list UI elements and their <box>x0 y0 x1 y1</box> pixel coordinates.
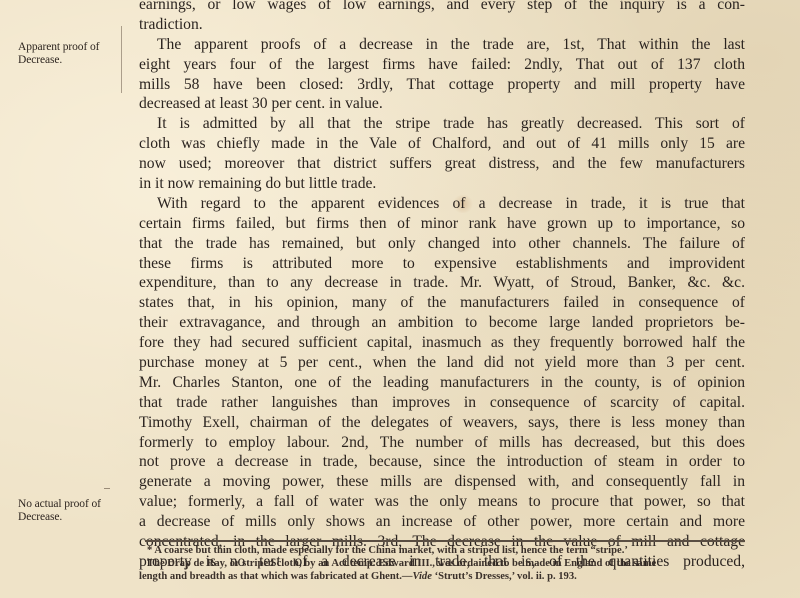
body-line: formerly to employ labour. 2nd, The numb… <box>139 433 745 453</box>
footnote-line: length and breadth as that which was fab… <box>139 570 745 583</box>
body-line: certain firms failed, but firms then of … <box>139 214 745 234</box>
body-line: mills 58 have been closed: 3rdly, That c… <box>139 75 745 95</box>
margin-note-line: Apparent proof of <box>18 41 130 54</box>
body-line: expenditure, than to any decrease in tra… <box>139 273 745 293</box>
body-line: generate a moving power, these mills are… <box>139 472 745 492</box>
body-line: in it now remaining do but little trade. <box>139 174 745 194</box>
margin-note-line: Decrease. <box>18 54 130 67</box>
body-line: now used; moreover that district suffers… <box>139 154 745 174</box>
document-page: Apparent proof of Decrease. No actual pr… <box>0 0 800 598</box>
footnote-rule <box>145 540 745 542</box>
margin-note-no-actual-proof: No actual proof of Decrease. <box>18 498 130 524</box>
body-line: a decrease of mills only shows an increa… <box>139 512 745 532</box>
margin-note-line: Decrease. <box>18 511 130 524</box>
body-line: With regard to the apparent evidences of… <box>139 194 745 214</box>
body-line: Mr. Charles Stanton, one of the leading … <box>139 373 745 393</box>
body-line: that the trade has remained, but only ch… <box>139 234 745 254</box>
footnote-line: The Drap de Ray, or striped cloth, by an… <box>139 557 745 570</box>
body-line: states that, in his opinion, many of the… <box>139 293 745 313</box>
margin-mark <box>104 488 110 489</box>
margin-note-apparent-proof: Apparent proof of Decrease. <box>18 41 130 67</box>
body-line: decreased at least 30 per cent. in value… <box>139 94 745 114</box>
footnote-text: length and breadth as that which was fab… <box>139 571 413 582</box>
body-line: that trade rather languishes than improv… <box>139 393 745 413</box>
body-line: purchase money at 5 per cent., when the … <box>139 353 745 373</box>
body-line: eight years four of the largest firms ha… <box>139 55 745 75</box>
margin-note-line: No actual proof of <box>18 498 130 511</box>
body-line: value; formerly, a fall of water was the… <box>139 492 745 512</box>
footnote-line: * A coarse but thin cloth, made especial… <box>139 544 745 557</box>
body-line: cloth was chiefly made in the Vale of Ch… <box>139 134 745 154</box>
footnote-citation: ‘Strutt’s Dresses,’ vol. ii. p. 193. <box>432 571 577 582</box>
body-line: these firms is attributed more to expens… <box>139 254 745 274</box>
footnote-vide: Vide <box>413 571 432 582</box>
margin-rule <box>121 26 122 93</box>
body-line: tradiction. <box>139 15 745 35</box>
body-line: It is admitted by all that the stripe tr… <box>139 114 745 134</box>
footnotes: * A coarse but thin cloth, made especial… <box>139 544 745 584</box>
body-line: earnings, or low wages of low earnings, … <box>139 0 745 15</box>
body-line: their extravagance, and through an ambit… <box>139 313 745 333</box>
body-line: fore they had secured sufficient capital… <box>139 333 745 353</box>
body-line: The apparent proofs of a decrease in the… <box>139 35 745 55</box>
body-text: earnings, or low wages of low earnings, … <box>139 0 745 572</box>
body-line: not prove a decrease in trade, because, … <box>139 452 745 472</box>
body-line: Timothy Exell, chairman of the delegates… <box>139 413 745 433</box>
